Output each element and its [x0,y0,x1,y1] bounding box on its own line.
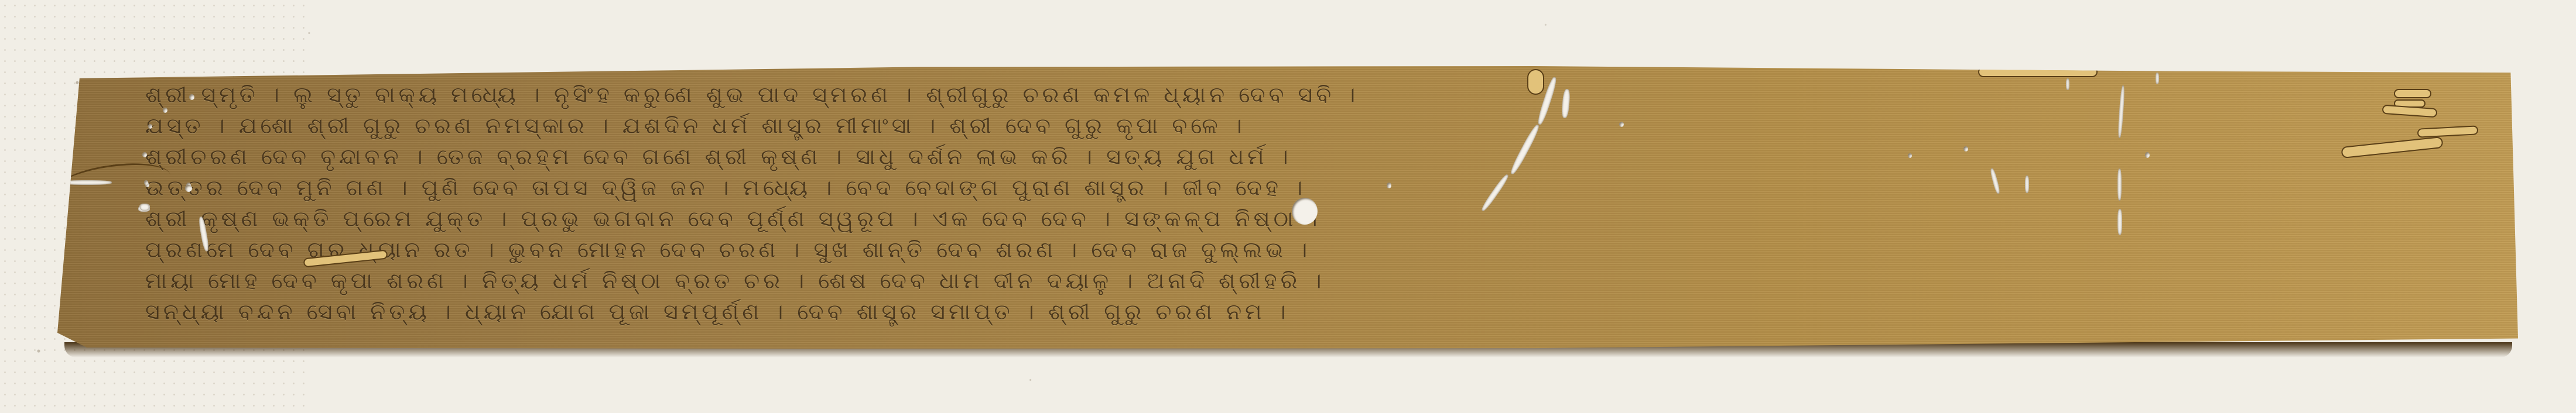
worm-track [1978,67,2098,77]
manuscript-text-block: ଶ୍ରୀ ସ୍ମୃତି । ଲୁ ସ୍ତୁ ବାକ୍ୟ ମଧ୍ୟେ । ନୃସି… [145,80,2430,328]
manuscript-line-4: ଉତ୍ତର ଦେବ ମୁନି ଗଣ । ପୁଣି ଦେବ ତାପସ ଦ୍ୱିଜ … [145,173,2430,204]
insect-hole [1908,153,1912,158]
manuscript-line-7: ମାୟା ମୋହ ଦେବ କୃପା ଶରଣ । ନିତ୍ୟ ଧର୍ମ ନିଷ୍ଠ… [145,266,2430,297]
manuscript-line-8: ସନ୍ଧ୍ୟା ବନ୍ଦନ ସେବା ନିତ୍ୟ । ଧ୍ୟାନ ଯୋଗ ପୂଜ… [145,297,2430,328]
insect-hole [148,124,152,129]
binding-hole [1292,198,1318,225]
insect-hole [163,108,167,113]
insect-channel [140,204,149,211]
insect-slit [2066,78,2069,90]
insect-hole [1387,183,1391,188]
insect-hole [1963,146,1968,152]
insect-hole [1619,122,1624,127]
insect-hole [189,94,194,100]
worm-track [1527,69,1544,95]
insect-hole [185,185,192,192]
manuscript-line-1: ଶ୍ରୀ ସ୍ମୃତି । ଲୁ ସ୍ତୁ ବାକ୍ୟ ମଧ୍ୟେ । ନୃସି… [145,80,2430,111]
manuscript-line-6: ପ୍ରଣମେ ଦେବ ଗୁରୁ ଧ୍ୟାନ ରତ । ଭୁବନ ମୋହନ ଦେବ… [145,235,2430,266]
insect-slit [2156,73,2159,84]
palm-leaf-manuscript: ଶ୍ରୀ ସ୍ମୃତି । ଲୁ ସ୍ତୁ ବାକ୍ୟ ମଧ୍ୟେ । ନୃସି… [57,66,2518,350]
insect-hole [2145,152,2150,158]
insect-slit [2117,209,2122,235]
worm-track [2394,89,2431,98]
insect-slit [2025,175,2029,193]
manuscript-line-5: ଶ୍ରୀ କୃଷ୍ଣ ଭକ୍ତି ପ୍ରେମ ଯୁକ୍ତ । ପ୍ରଭୁ ଭଗବ… [145,204,2430,235]
manuscript-line-3: ଶ୍ରୀଚରଣ ଦେବ ବୃନ୍ଦାବନ । ତେଜ ବ୍ରହ୍ମ ଦେବ ଗଣ… [145,142,2430,173]
insect-hole [142,152,147,157]
insect-slit [2117,168,2122,201]
manuscript-line-2: ଯସ୍ତ । ଯଶୋ ଶ୍ରୀ ଗୁରୁ ଚରଣ ନମସ୍କାର । ଯଶଦିନ… [145,111,2430,142]
